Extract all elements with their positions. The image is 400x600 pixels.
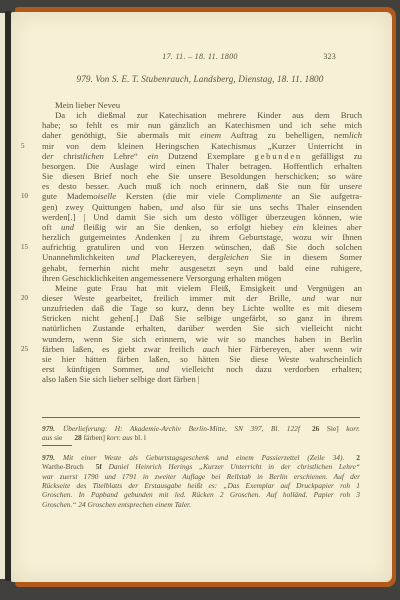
commentary-line: Rückseite des Titelblatts der Erstausgab… [42,481,360,490]
letter-line: es desto besser. Auch muß ich noch erinn… [42,181,362,191]
apparatus-line: aus sie28 färben] korr. aus bl. l [42,433,360,442]
letter-line: gehabt, fernerhin nicht mehr ausgesetzt … [42,263,362,273]
letter-line: oft und fleißig wir an Sie denken, so er… [42,222,362,232]
letter-line: dieser Weste gearbeitet, freilich immer … [42,293,362,303]
letter-body: Mein lieber NeveuDa ich dießmal zur Kate… [42,100,362,384]
letter-heading: 979. Von S. E. T. Stubenrauch, Landsberg… [32,74,368,84]
letter-line: daher genöthigt, Sie abermals mit einem … [42,130,362,140]
letter-line: herzlich gutgemeintes Andenken | zu ihre… [42,232,362,242]
commentary-line: Warthe-Bruch5f Daniel Heinrich Herings „… [42,462,360,471]
letter-line: Meine gute Frau hat mit vielem Fleiß, Em… [42,283,362,293]
letter-line: wundern, wenn Sie sich erinnern, wie wir… [42,334,362,344]
apparatus-line: 979.Überlieferung: H: Akademie-Archiv Be… [42,424,360,433]
running-head: 17. 11. – 18. 11. 1800 [162,52,237,61]
letter-line: Sie diesen Brief noch ehe Sie unsere Bes… [42,171,362,181]
commentary-line: 979.Mit einer Weste als Geburtstagsgesch… [42,453,360,462]
letter-line: werden[.] | Und damit Sie sich um desto … [42,212,362,222]
margin-line-number: 15 [21,242,37,252]
letter-line: gen) zwey Quittungen haben, und also für… [42,202,362,212]
apparatus-divider [42,417,360,418]
letter-line: Mein lieber Neveu [42,100,362,110]
letter-line: erst künftigen Sommer, und vielleicht no… [42,364,362,374]
commentary-line: Groschen. In Papband gebunden mit led. R… [42,490,360,499]
commentary-divider [42,445,72,446]
margin-line-number: 25 [21,344,37,354]
margin-line-number: 20 [21,293,37,303]
margin-line-number: 10 [21,191,37,201]
letter-line: habe; so fehlt es mir nun gänzlich an Ka… [42,120,362,130]
letter-line: ihren Geschicklichkeiten angemessenere V… [42,273,362,283]
letter-line: gute Mademoiselle Kersten (die mir viele… [42,191,362,201]
editorial-commentary: 979.Mit einer Weste als Geburtstagsgesch… [42,453,360,509]
letter-line: aufrichtig gratuliren und von Herzen wün… [42,242,362,252]
running-head-row: 17. 11. – 18. 11. 1800 323 [42,52,358,63]
letter-line: also laßen Sie sich lieber selbige dort … [42,374,362,384]
book-photo-background: 17. 11. – 18. 11. 1800 323 979. Von S. E… [0,0,400,600]
commentary-line: war zuerst 1790 und 1791 in zweiter Aufl… [42,472,360,481]
page-number: 323 [323,52,336,61]
letter-line: mir von dem kleinen Heringschen Katechis… [42,141,362,151]
book-page: 17. 11. – 18. 11. 1800 323 979. Von S. E… [11,12,392,582]
letter-line: natürlichen Zustande erhalten, darüber w… [42,323,362,333]
letter-line: der christlichen Lehre“ ein Dutzend Exem… [42,151,362,161]
letter-line: färben laßen, es giebt zwar freilich auc… [42,344,362,354]
margin-line-number: 5 [21,141,37,151]
letter-line: besorgen. Die Auslage wird einen Thaler … [42,161,362,171]
letter-line: sie hier hätten färben laßen, so hätten … [42,354,362,364]
textcritical-apparatus: 979.Überlieferung: H: Akademie-Archiv Be… [42,424,360,443]
letter-line: unzufrieden daß die Tage so kurz, denn b… [42,303,362,313]
letter-line: Da ich dießmal zur Katechisation mehrere… [42,110,362,120]
letter-line: Unannehmlichkeiten und Plackereyen, derg… [42,252,362,262]
letter-line: Stricken nicht gehen[.] Daß Sie selbige … [42,313,362,323]
commentary-line: Groschen.“ 24 Groschen entsprechen einem… [42,500,360,509]
